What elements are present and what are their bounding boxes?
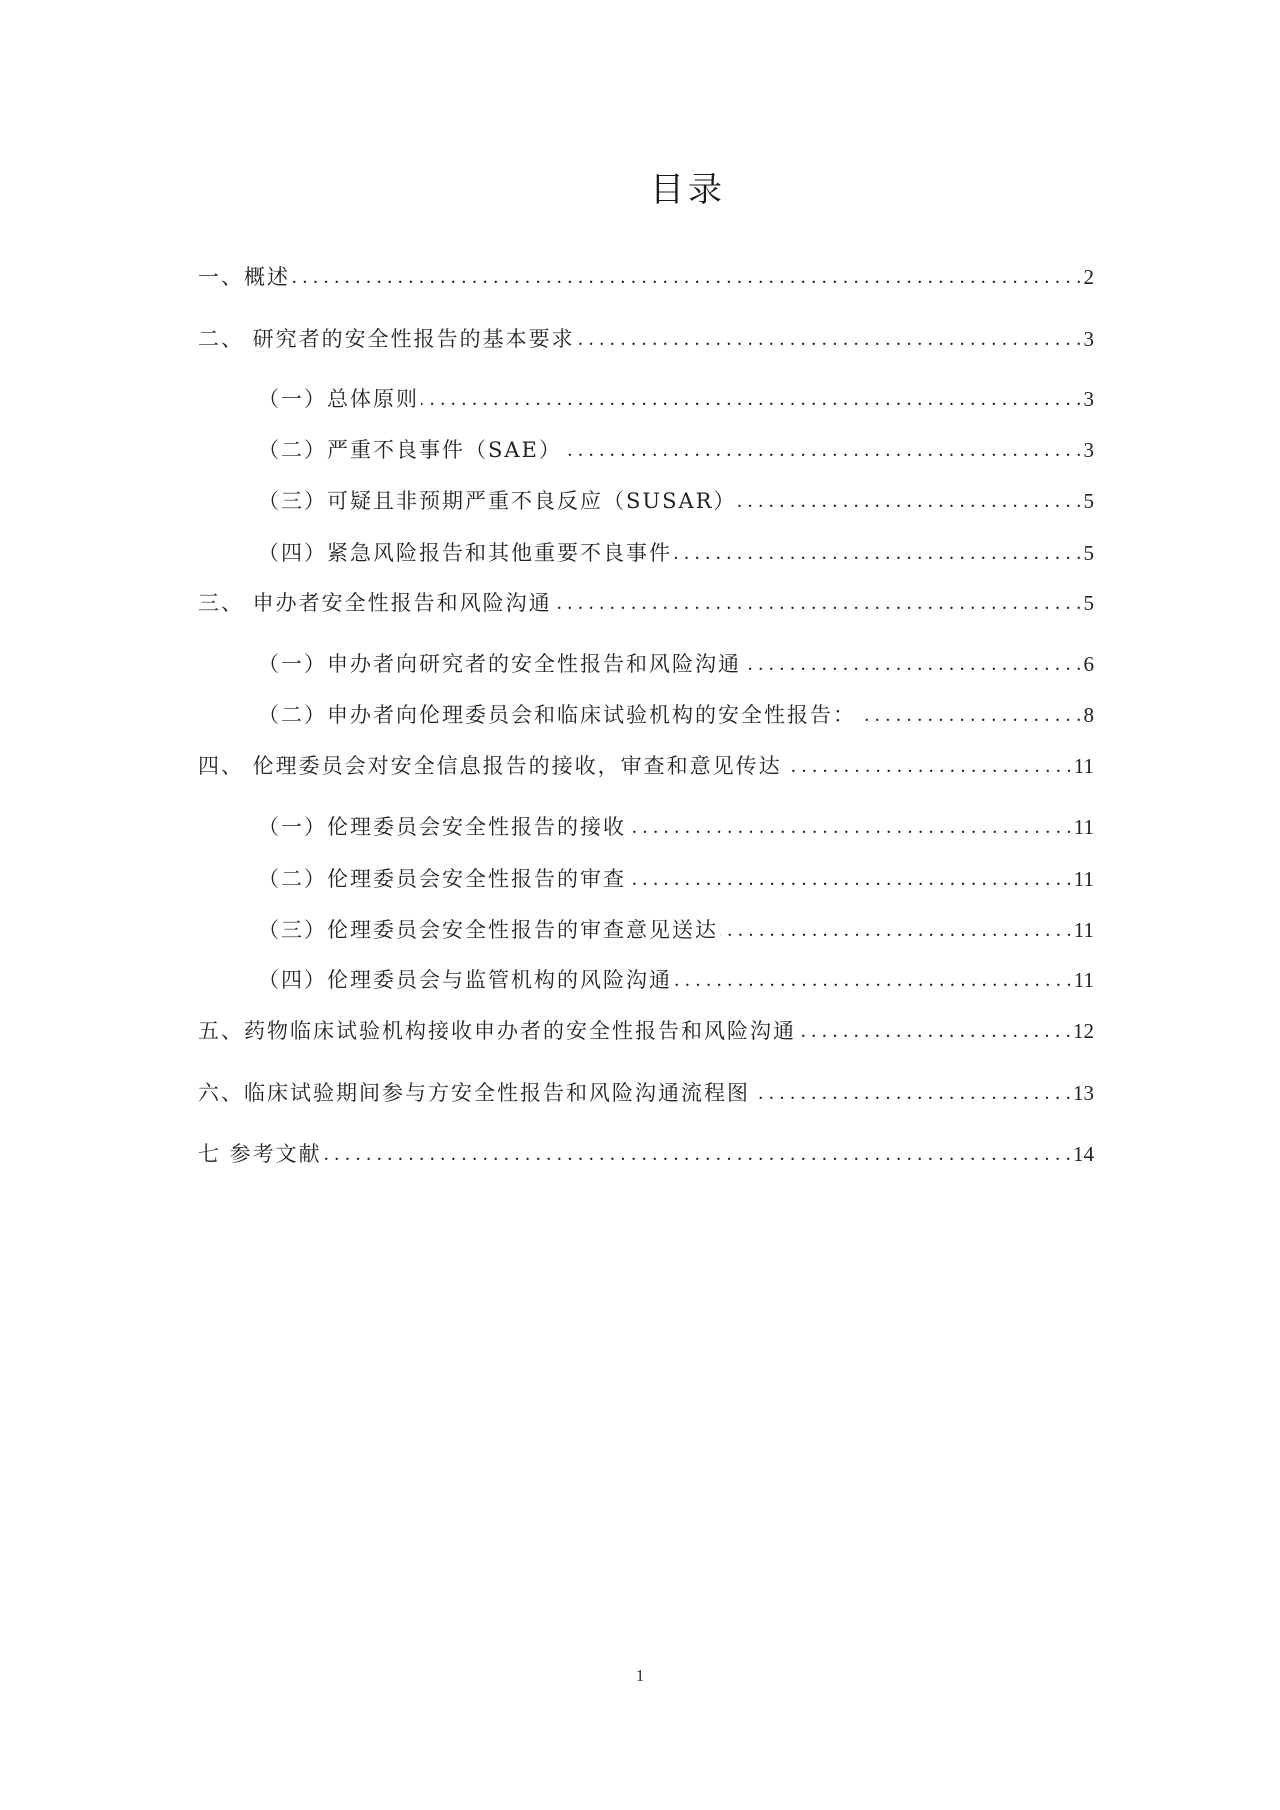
dot-leader (798, 1016, 1071, 1046)
toc-entry-page: 5 (1084, 588, 1095, 618)
toc-entry-institution[interactable]: 五、药物临床试验机构接收申办者的安全性报告和风险沟通 12 (198, 1016, 1094, 1046)
toc-entry-page: 12 (1073, 1016, 1094, 1046)
toc-entry-page: 3 (1084, 324, 1095, 354)
toc-entry-sponsor-to-ethics[interactable]: （二）申办者向伦理委员会和临床试验机构的安全性报告： 8 (258, 700, 1094, 730)
toc-entry-page: 14 (1073, 1139, 1094, 1169)
dot-leader (628, 864, 1072, 894)
toc-entry-ethics-regulator-communication[interactable]: （四）伦理委员会与监管机构的风险沟通 11 (258, 965, 1094, 995)
dot-leader (421, 384, 1082, 414)
dot-leader (628, 812, 1072, 842)
toc-entry-investigator-requirements[interactable]: 二、 研究者的安全性报告的基本要求 3 (198, 324, 1094, 354)
toc-entry-page: 11 (1074, 915, 1094, 945)
toc-entry-page: 11 (1074, 751, 1094, 781)
toc-entry-page: 13 (1073, 1078, 1094, 1108)
toc-entry-label: （二）严重不良事件（SAE） (258, 435, 562, 465)
toc-entry-page: 2 (1084, 262, 1095, 292)
toc-entry-label: （三）可疑且非预期严重不良反应（SUSAR） (258, 486, 736, 516)
toc-entry-ethics-receipt[interactable]: （一）伦理委员会安全性报告的接收 11 (258, 812, 1094, 842)
toc-entry-susar[interactable]: （三）可疑且非预期严重不良反应（SUSAR） 5 (258, 486, 1094, 516)
toc-entry-page: 11 (1074, 812, 1094, 842)
page-number: 1 (0, 1666, 1280, 1686)
dot-leader (564, 435, 1082, 465)
toc-entry-page: 6 (1084, 649, 1095, 679)
toc-entry-label: （三）伦理委员会安全性报告的审查意见送达 (258, 915, 718, 945)
toc-entry-label: （一）伦理委员会安全性报告的接收 (258, 812, 626, 842)
dot-leader (577, 324, 1082, 354)
toc-entry-label: 一、概述 (198, 262, 290, 292)
dot-leader (324, 1139, 1071, 1169)
toc-entry-ethics-committee[interactable]: 四、 伦理委员会对安全信息报告的接收，审查和意见传达 11 (198, 751, 1094, 781)
toc-entry-page: 5 (1084, 538, 1095, 568)
toc-entry-references[interactable]: 七 参考文献 14 (198, 1139, 1094, 1169)
dot-leader (720, 915, 1072, 945)
dot-leader (554, 588, 1082, 618)
toc-entry-label: 六、临床试验期间参与方安全性报告和风险沟通流程图 (198, 1078, 750, 1108)
toc-entry-label: （二）申办者向伦理委员会和临床试验机构的安全性报告： (258, 700, 856, 730)
toc-entry-label: （一）总体原则 (258, 384, 419, 414)
toc-entry-page: 11 (1074, 864, 1094, 894)
toc-entry-label: 七 参考文献 (198, 1139, 322, 1169)
toc-title: 目录 (0, 162, 1280, 211)
toc-entry-ethics-review[interactable]: （二）伦理委员会安全性报告的审查 11 (258, 864, 1094, 894)
dot-leader (292, 262, 1082, 292)
toc-entry-label: （四）紧急风险报告和其他重要不良事件 (258, 538, 672, 568)
toc-entry-sae[interactable]: （二）严重不良事件（SAE） 3 (258, 435, 1094, 465)
toc-entry-ethics-opinion-delivery[interactable]: （三）伦理委员会安全性报告的审查意见送达 11 (258, 915, 1094, 945)
toc-entry-general-principles[interactable]: （一）总体原则 3 (258, 384, 1094, 414)
toc-entry-label: 三、 申办者安全性报告和风险沟通 (198, 588, 552, 618)
dot-leader (738, 486, 1081, 516)
toc-entry-page: 3 (1084, 384, 1095, 414)
toc-entry-label: （四）伦理委员会与监管机构的风险沟通 (258, 965, 672, 995)
toc-entry-flowchart[interactable]: 六、临床试验期间参与方安全性报告和风险沟通流程图 13 (198, 1078, 1094, 1108)
toc-entry-label: 五、药物临床试验机构接收申办者的安全性报告和风险沟通 (198, 1016, 796, 1046)
toc-entry-page: 8 (1084, 700, 1095, 730)
toc-entry-label: 四、 伦理委员会对安全信息报告的接收，审查和意见传达 (198, 751, 782, 781)
dot-leader (752, 1078, 1071, 1108)
toc-entry-sponsor-to-investigator[interactable]: （一）申办者向研究者的安全性报告和风险沟通 6 (258, 649, 1094, 679)
toc-entry-page: 5 (1084, 486, 1095, 516)
toc-entry-page: 3 (1084, 435, 1095, 465)
dot-leader (858, 700, 1082, 730)
dot-leader (784, 751, 1072, 781)
dot-leader (743, 649, 1082, 679)
toc-entry-label: （二）伦理委员会安全性报告的审查 (258, 864, 626, 894)
toc-entry-label: （一）申办者向研究者的安全性报告和风险沟通 (258, 649, 741, 679)
toc-entry-urgent-risk[interactable]: （四）紧急风险报告和其他重要不良事件 5 (258, 538, 1094, 568)
toc-entry-label: 二、 研究者的安全性报告的基本要求 (198, 324, 575, 354)
toc-entry-overview[interactable]: 一、概述 2 (198, 262, 1094, 292)
dot-leader (674, 965, 1072, 995)
dot-leader (674, 538, 1082, 568)
toc-entry-sponsor-reporting[interactable]: 三、 申办者安全性报告和风险沟通 5 (198, 588, 1094, 618)
toc-entry-page: 11 (1074, 965, 1094, 995)
